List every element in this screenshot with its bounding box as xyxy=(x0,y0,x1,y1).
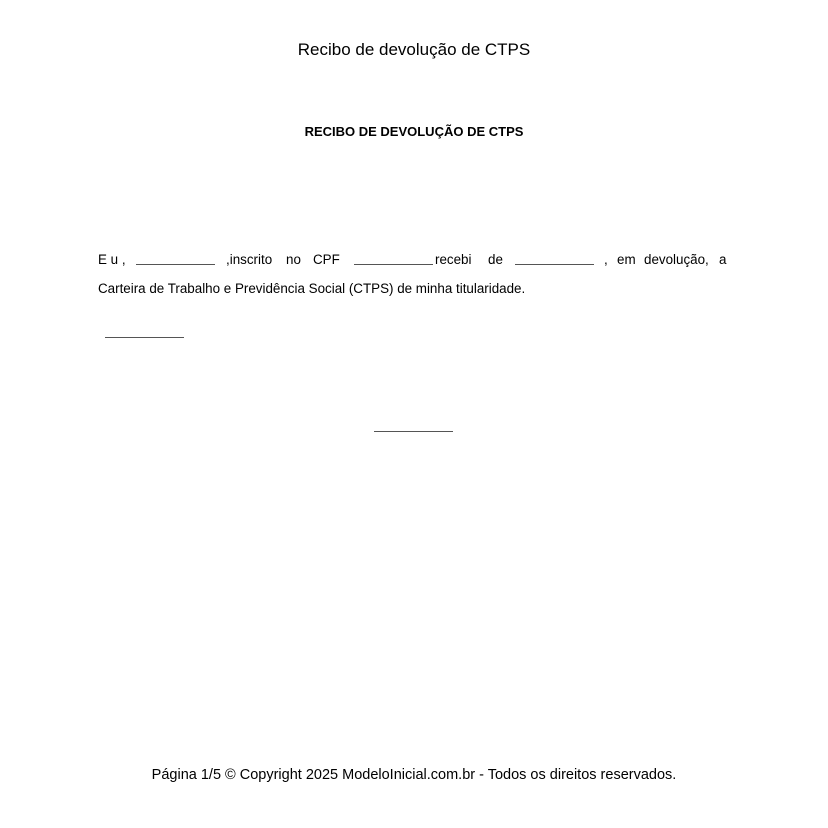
paragraph-line-2: Carteira de Trabalho e Previdência Socia… xyxy=(98,280,728,298)
word-a: a xyxy=(719,251,726,269)
page-header-title: Recibo de devolução de CTPS xyxy=(0,39,828,61)
word-eu: E u , xyxy=(98,251,126,269)
word-em: em xyxy=(617,251,636,269)
word-cpf: CPF xyxy=(313,251,340,269)
name-blank xyxy=(136,251,215,265)
cpf-blank xyxy=(354,251,433,265)
word-comma: , xyxy=(604,251,608,269)
word-de: de xyxy=(488,251,503,269)
page-footer: Página 1/5 © Copyright 2025 ModeloInicia… xyxy=(0,766,828,784)
word-inscrito: ,inscrito xyxy=(226,251,272,269)
employer-blank xyxy=(515,251,594,265)
word-devolucao: devolução, xyxy=(644,251,709,269)
document-heading: RECIBO DE DEVOLUÇÃO DE CTPS xyxy=(0,123,828,141)
word-no: no xyxy=(286,251,301,269)
signature-blank-line xyxy=(374,431,453,432)
date-blank-line xyxy=(105,337,184,338)
word-recebi: recebi xyxy=(435,251,471,269)
